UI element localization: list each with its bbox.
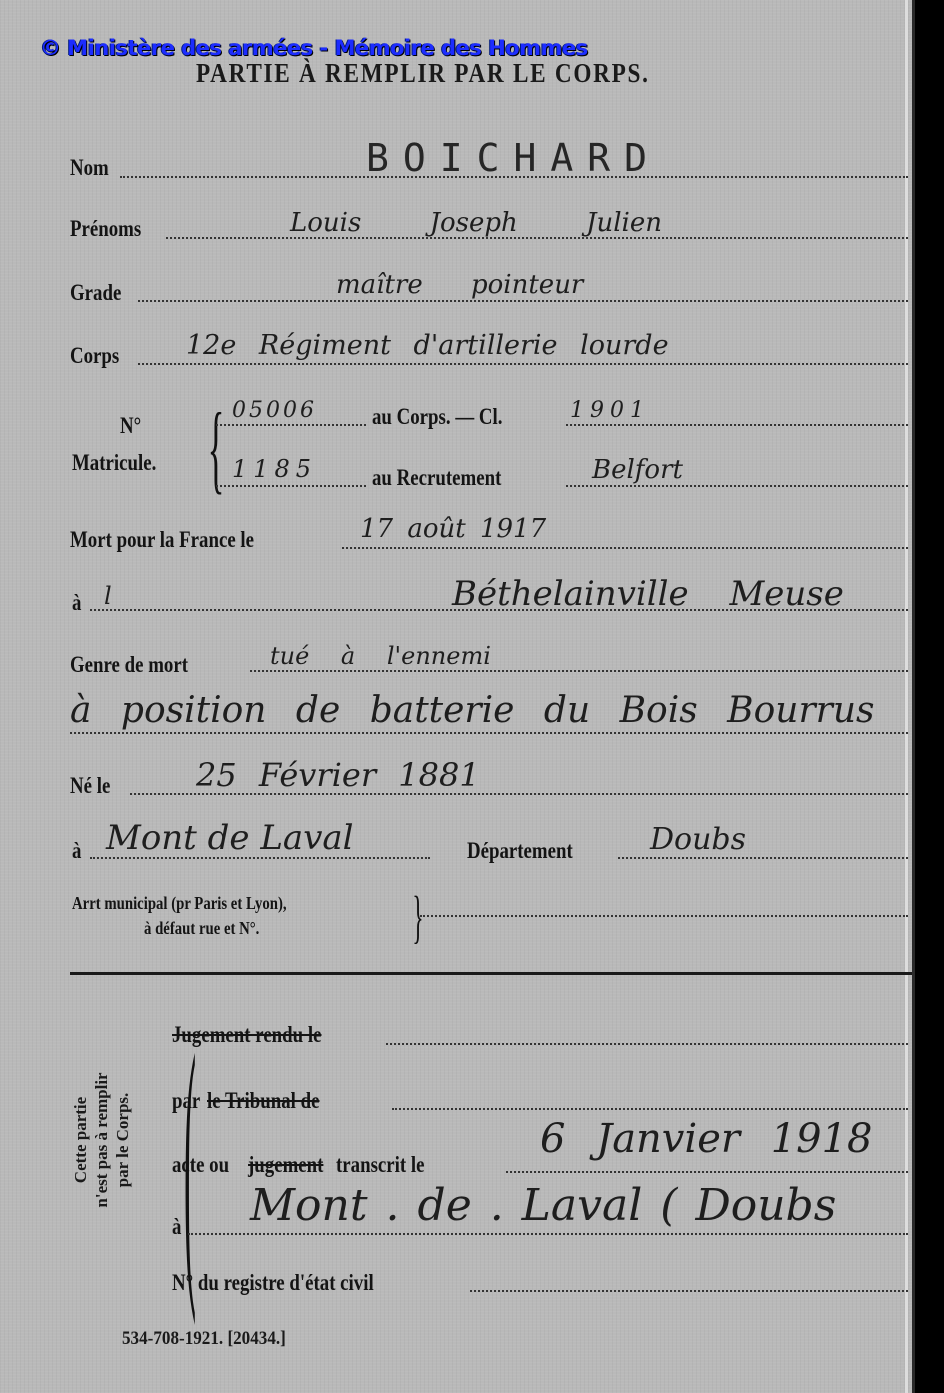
mort-le-line — [342, 547, 908, 549]
mort-a-prefix: l — [104, 582, 112, 610]
transcrit-a-value: Mont . de . Laval ( Doubs — [250, 1180, 836, 1231]
grade-label: Grade — [70, 280, 121, 306]
side-note-line-1: Cette partie — [70, 1045, 91, 1235]
departement-value: Doubs — [650, 822, 746, 857]
au-corps-value: 05006 — [232, 398, 317, 423]
genre-de-mort-label: Genre de mort — [70, 652, 188, 678]
side-note-line-3: par le Corps. — [112, 1045, 133, 1235]
ne-le-label: Né le — [70, 773, 110, 799]
tribunal-label-plain: par — [172, 1088, 200, 1114]
section-divider — [70, 972, 912, 975]
arrondissement-brace: } — [412, 888, 423, 946]
nom-label: Nom — [70, 155, 109, 181]
grade-value: maître pointeur — [336, 270, 583, 300]
transcrit-a-label: à — [172, 1214, 181, 1240]
mort-a-label: à — [72, 590, 81, 616]
transcrit-label-pre: acte ou — [172, 1152, 229, 1178]
mort-le-label: Mort pour la France le — [70, 527, 254, 553]
card-edge — [905, 0, 908, 1393]
registre-label: N° du registre d'état civil — [172, 1270, 374, 1296]
grade-line — [138, 300, 908, 302]
registre-line — [470, 1290, 908, 1292]
copyright-watermark: © Ministère des armées - Mémoire des Hom… — [40, 36, 588, 60]
jugement-rendu-label: Jugement rendu le — [172, 1022, 321, 1048]
matricule-brace: { — [208, 398, 225, 498]
transcrit-value: 6 Janvier 1918 — [540, 1116, 873, 1162]
transcrit-a-line — [188, 1233, 908, 1235]
arrondissement-label-1: Arrt municipal (pr Paris et Lyon), — [72, 893, 287, 914]
nom-value: BOICHARD — [366, 136, 661, 180]
recrutement-label: au Recrutement — [372, 465, 501, 491]
recrutement-number: 1185 — [232, 455, 317, 483]
prenoms-value: Louis Joseph Julien — [290, 208, 662, 238]
transcrit-label-post: transcrit le — [336, 1152, 425, 1178]
departement-line — [618, 857, 908, 859]
tribunal-line — [392, 1108, 908, 1110]
matricule-label-no: N° — [120, 413, 141, 439]
corps-line — [138, 363, 908, 365]
prenoms-label: Prénoms — [70, 216, 141, 242]
form-title: PARTIE À REMPLIR PAR LE CORPS. — [196, 58, 650, 89]
classe-value: 1901 — [570, 398, 650, 423]
au-corps-line — [216, 424, 366, 426]
genre-de-mort-line — [250, 670, 908, 672]
transcrit-line — [506, 1171, 908, 1173]
corps-value: 12e Régiment d'artillerie lourde — [186, 330, 669, 361]
ne-le-value: 25 Février 1881 — [196, 756, 480, 794]
departement-label: Département — [467, 838, 573, 864]
mort-le-value: 17 août 1917 — [360, 514, 546, 544]
matricule-label: Matricule. — [72, 450, 156, 476]
tribunal-label-struck: le Tribunal de — [207, 1088, 319, 1114]
recrutement-value: Belfort — [592, 455, 683, 485]
genre-de-mort-line-2 — [70, 732, 908, 734]
corps-label: Corps — [70, 343, 119, 369]
ne-a-label: à — [72, 838, 81, 864]
recrutement-number-line — [216, 485, 366, 487]
side-note: Cette partie n'est pas à remplir par le … — [70, 1045, 140, 1235]
genre-de-mort-value: tué à l'ennemi — [270, 642, 491, 670]
genre-de-mort-value-2: à position de batterie du Bois Bourrus — [70, 690, 875, 731]
form-reference: 534-708-1921. [20434.] — [122, 1328, 286, 1350]
mort-a-value: Béthelainville Meuse — [452, 574, 844, 614]
ne-a-value: Mont de Laval — [106, 818, 354, 858]
recrutement-line — [566, 485, 908, 487]
arrondissement-label-2: à défaut rue et N°. — [144, 918, 259, 939]
arrondissement-line — [420, 915, 908, 917]
au-corps-label: au Corps. — Cl. — [372, 404, 502, 430]
classe-line — [566, 424, 908, 426]
transcrit-label-struck: jugement — [248, 1152, 323, 1178]
jugement-rendu-line — [386, 1043, 908, 1045]
side-note-line-2: n'est pas à remplir — [91, 1045, 112, 1235]
